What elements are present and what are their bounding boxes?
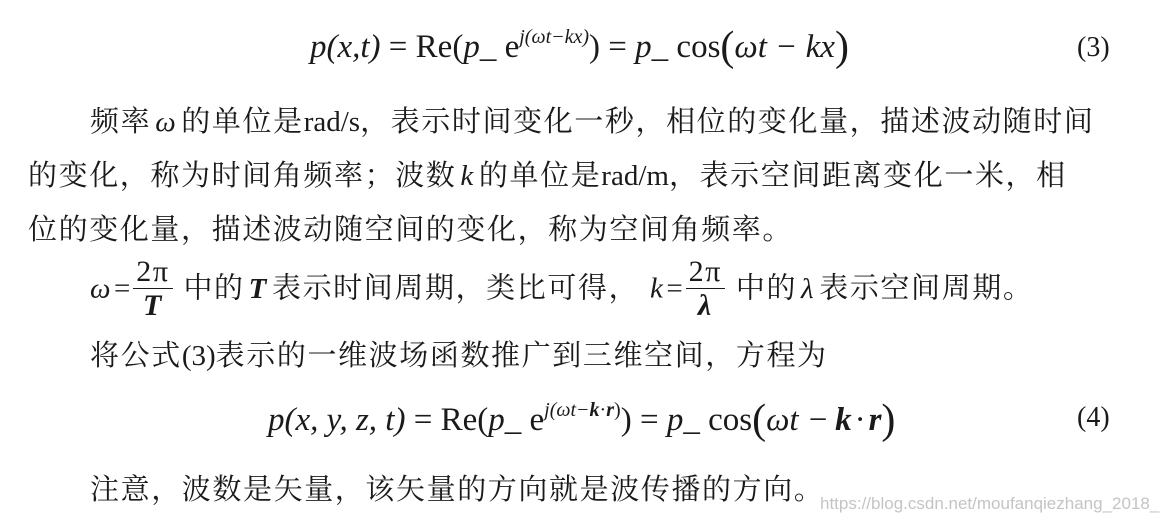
eq4-cos: cos [708,402,752,438]
eq4-re: Re( [441,402,489,438]
numerator: 2π [686,256,725,289]
text: 的单位是 [479,158,601,192]
fraction-line: ω=2πT 中的T表示时间周期，类比可得， k=2πλ 中的λ表示空间周期。 [90,256,1033,323]
eq4-paren-open: ( [752,397,766,443]
denominator: T [133,289,172,323]
exp-close: ) [614,399,621,421]
text: 表示时间周期，类比可得， [272,271,639,305]
eq4-exponent: j(ωt−k·r) [544,399,621,421]
eq4-close: ) [621,402,632,438]
paragraph-3: 注意，波数是矢量，该矢量的方向就是波传播的方向。 [90,472,824,506]
eq4-e: e [530,402,545,438]
omega-symbol: ω [151,106,181,138]
exp-k-vector: k [590,399,600,421]
fraction-2pi-over-T: 2πT [133,256,172,323]
eq3-lhs: p(x,t) [310,29,381,65]
text: 频率 [90,104,151,138]
unit-rad-m: rad/m [601,160,669,192]
eq4-p-minus: p_ [488,402,521,438]
text: 中的 [736,271,797,305]
text: 中的 [183,271,244,305]
eq3-equals-1: = [389,29,408,65]
eq3-exponent: j(ωt−kx) [519,26,589,48]
eq3-arg: ωt − kx [734,29,835,65]
denominator: λ [686,289,725,323]
text: 表示空间周期。 [819,271,1033,305]
watermark-url: https://blog.csdn.net/moufanqiezhang_201… [820,494,1159,514]
paragraph-1-line-3: 位的变化量，描述波动随空间的变化，称为空间角频率。 [28,212,793,246]
equation-3: p(x,t) = Re(p_ ej(ωt−kx)) = p_ cos(ωt − … [310,20,849,68]
unit-rad-s: rad/s [304,106,360,138]
equation-4-number: (4) [1077,402,1110,434]
eq3-paren-open: ( [720,24,734,70]
eq3-re: Re( [416,29,464,65]
eq3-p-minus: p_ [463,29,496,65]
eq4-dot: · [852,402,869,438]
eq4-equals-1: = [414,402,433,438]
eq4-arg: ωt − [766,402,829,438]
eq4-r-vector: r [869,402,882,438]
eq3-close: ) [589,29,600,65]
text: 将公式 [90,338,182,372]
eq4-paren-close: ) [881,397,895,443]
eq4-p-minus-2: p_ [667,402,700,438]
text: ，表示空间距离变化一米，相 [669,158,1067,192]
paragraph-1-line-2: 的变化，称为时间角频率；波数k的单位是rad/m，表示空间距离变化一米，相 [28,158,1067,193]
T-symbol: T [245,273,272,305]
eq4-equals-2: = [640,402,659,438]
equation-3-number: (3) [1077,32,1110,64]
equation-4: p(x, y, z, t) = Re(p_ ej(ωt−k·r)) = p_ c… [268,393,895,441]
eq3-paren-close: ) [835,24,849,70]
exp-part: j(ωt− [544,399,589,421]
text: 的变化，称为时间角频率；波数 [28,158,456,192]
text: 表示的一维波场函数推广到三维空间，方程为 [216,338,828,372]
equation-ref: (3) [182,340,216,372]
fraction-2pi-over-lambda: 2πλ [686,256,725,323]
paragraph-2: 将公式(3)表示的一维波场函数推广到三维空间，方程为 [90,338,828,373]
eq3-e: e [505,29,520,65]
paragraph-1-line-1: 频率ω的单位是rad/s，表示时间变化一秒，相位的变化量，描述波动随时间 [90,104,1094,139]
omega-equals: ω= [90,273,133,305]
eq4-k-vector: k [829,402,852,438]
k-equals: k= [650,273,686,305]
eq4-lhs: p(x, y, z, t) [268,402,405,438]
text: ，表示时间变化一秒，相位的变化量，描述波动随时间 [360,104,1094,138]
k-symbol: k [456,160,478,192]
eq3-cos: cos [676,29,720,65]
lambda-symbol: λ [797,273,819,305]
eq3-p-minus-2: p_ [635,29,668,65]
text: 的单位是 [181,104,303,138]
numerator: 2π [133,256,172,289]
eq3-equals-2: = [608,29,627,65]
exp-r-vector: r [606,399,614,421]
